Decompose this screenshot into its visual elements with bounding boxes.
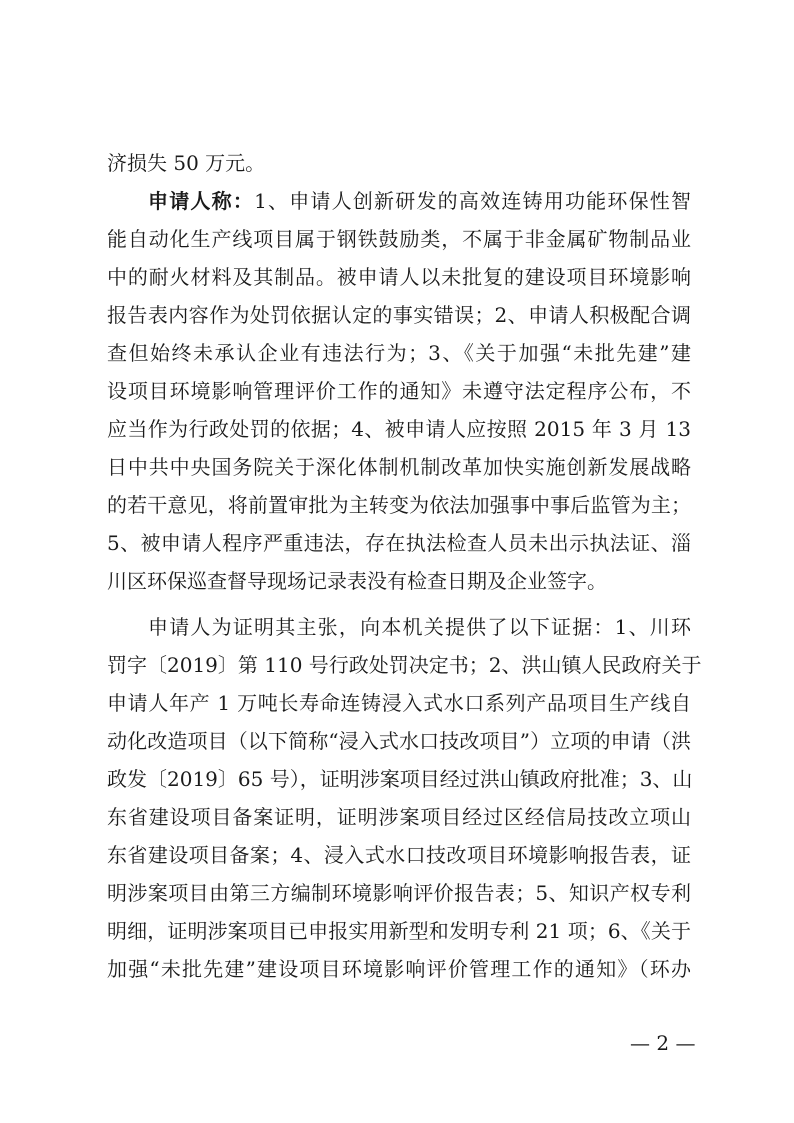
text-line: 日中共中央国务院关于深化体制机制改革加快实施创新发展战略 bbox=[107, 452, 691, 482]
text-segment: 1、申请人创新研发的高效连铸用功能环保性智 bbox=[254, 189, 691, 213]
text-line: 政发〔2019〕65 号），证明涉案项目经过洪山镇政府批准；3、山 bbox=[107, 764, 691, 794]
text-line: 东省建设项目备案证明，证明涉案项目经过区经信局技改立项山 bbox=[107, 802, 691, 832]
document-page: 济损失 50 万元。 申请人称：1、申请人创新研发的高效连铸用功能环保性智 能自… bbox=[0, 0, 794, 1123]
text-line: 动化改造项目（以下简称“浸入式水口技改项目”）立项的申请（洪 bbox=[107, 726, 691, 756]
text-line: 5、被申请人程序严重违法，存在执法检查人员未出示执法证、淄 bbox=[107, 528, 691, 558]
text-line: 申请人年产 1 万吨长寿命连铸浸入式水口系列产品项目生产线自 bbox=[107, 688, 691, 718]
text-line: 罚字〔2019〕第 110 号行政处罚决定书；2、洪山镇人民政府关于 bbox=[107, 650, 691, 680]
paragraph-lead: 申请人称： bbox=[148, 189, 254, 213]
text-line: 中的耐火材料及其制品。被申请人以未批复的建设项目环境影响 bbox=[107, 262, 691, 292]
page-number: — 2 — bbox=[630, 1028, 695, 1058]
text-line: 的若干意见，将前置审批为主转变为依法加强事中事后监管为主； bbox=[107, 490, 691, 520]
text-line: 报告表内容作为处罚依据认定的事实错误；2、申请人积极配合调 bbox=[107, 300, 691, 330]
text-line: 应当作为行政处罚的依据；4、被申请人应按照 2015 年 3 月 13 bbox=[107, 414, 691, 444]
text-line: 设项目环境影响管理评价工作的通知》未遵守法定程序公布，不 bbox=[107, 376, 691, 406]
text-line: 查但始终未承认企业有违法行为；3、《关于加强“未批先建”建 bbox=[107, 338, 691, 368]
text-line: 明涉案项目由第三方编制环境影响评价报告表；5、知识产权专利 bbox=[107, 878, 691, 908]
text-line: 东省建设项目备案；4、浸入式水口技改项目环境影响报告表，证 bbox=[107, 840, 691, 870]
text-line: 申请人称：1、申请人创新研发的高效连铸用功能环保性智 bbox=[148, 186, 691, 216]
text-line: 济损失 50 万元。 bbox=[107, 148, 691, 178]
text-line: 加强“未批先建”建设项目环境影响评价管理工作的通知》（环办 bbox=[107, 954, 691, 984]
text-line: 能自动化生产线项目属于钢铁鼓励类，不属于非金属矿物制品业 bbox=[107, 224, 691, 254]
text-line: 明细，证明涉案项目已申报实用新型和发明专利 21 项；6、《关于 bbox=[107, 916, 691, 946]
text-line: 川区环保巡查督导现场记录表没有检查日期及企业签字。 bbox=[107, 566, 691, 596]
text-line: 申请人为证明其主张，向本机关提供了以下证据：1、川环 bbox=[148, 612, 691, 642]
